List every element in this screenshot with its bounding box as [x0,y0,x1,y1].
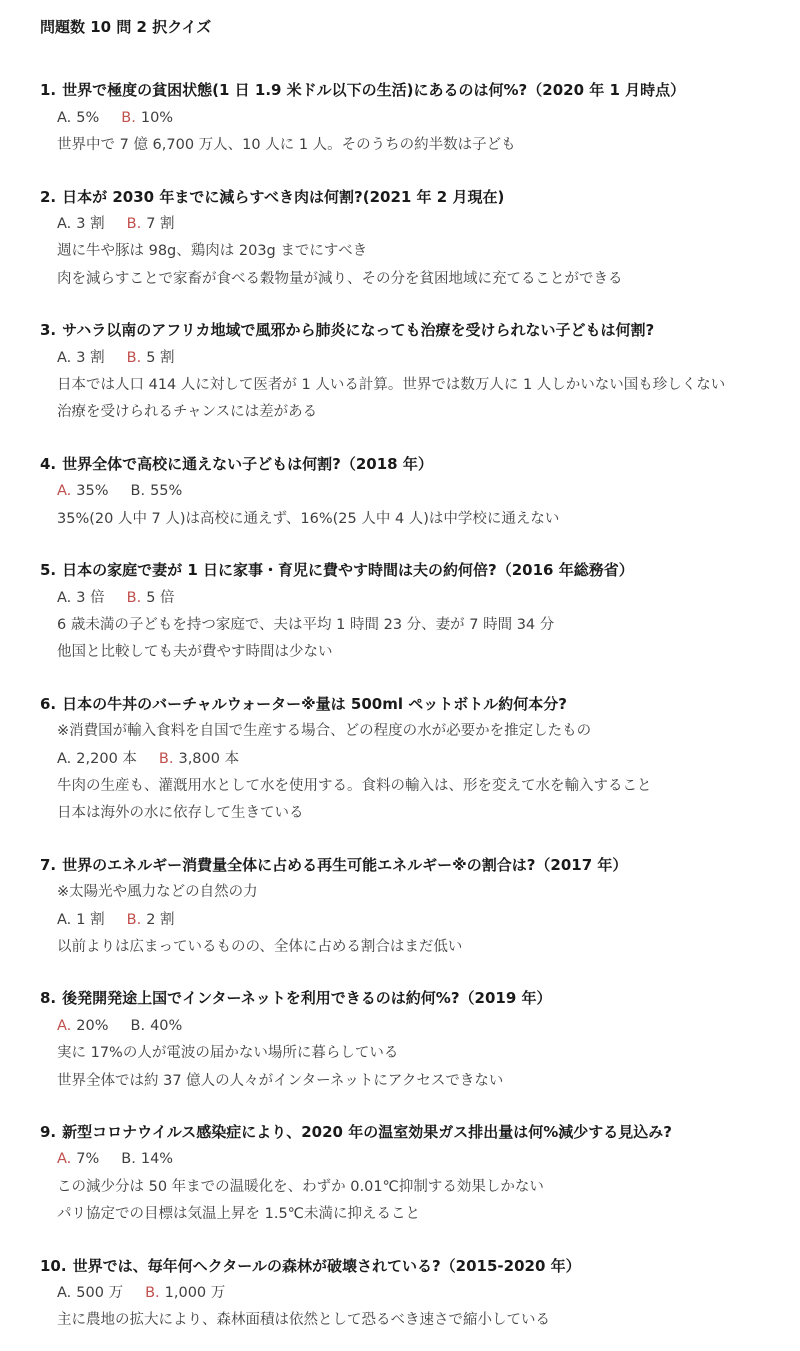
option-b: B.5 割 [127,350,175,366]
option-label: A. [57,216,71,232]
explanation-line: 世界中で 7 億 6,700 万人、10 人に 1 人。そのうちの約半数は子ども [40,132,762,159]
option-a: A.20% [57,1018,109,1034]
options-line: A.20%B.40% [40,1013,762,1040]
question-heading: 1.世界で極度の貧困状態(1 日 1.9 米ドル以下の生活)にあるのは何%?（2… [40,77,762,104]
option-text: 3,800 本 [178,751,239,767]
option-text: 7 割 [146,216,174,232]
option-text: 1 割 [76,912,104,928]
option-label: B. [131,1018,146,1034]
question-number: 2. [40,184,56,211]
question-block: 3.サハラ以南のアフリカ地域で風邪から肺炎になっても治療を受けられない子どもは何… [40,317,762,427]
option-a: A.500 万 [57,1285,123,1301]
option-text: 20% [76,1018,108,1034]
question-number: 3. [40,317,56,344]
question-block: 10.世界では、毎年何ヘクタールの森林が破壊されている?（2015-2020 年… [40,1253,762,1335]
question-heading: 4.世界全体で高校に通えない子どもは何割?（2018 年） [40,451,762,478]
explanation-line: 牛肉の生産も、灌漑用水として水を使用する。食料の輸入は、形を変えて水を輸入するこ… [40,773,762,800]
explanation-line: 日本は海外の水に依存して生きている [40,800,762,827]
option-text: 55% [150,483,182,499]
explanation-line: 35%(20 人中 7 人)は高校に通えず、16%(25 人中 4 人)は中学校… [40,506,762,533]
option-text: 40% [150,1018,182,1034]
option-label: A. [57,110,71,126]
question-text: 世界全体で高校に通えない子どもは何割?（2018 年） [62,455,433,473]
explanation-line: 治療を受けられるチャンスには差がある [40,399,762,426]
option-b: B.7 割 [127,216,175,232]
option-text: 3 倍 [76,590,104,606]
explanation-line: 週に牛や豚は 98g、鶏肉は 203g までにすべき [40,238,762,265]
question-text: サハラ以南のアフリカ地域で風邪から肺炎になっても治療を受けられない子どもは何割? [62,321,654,339]
option-text: 10% [141,110,173,126]
question-block: 4.世界全体で高校に通えない子どもは何割?（2018 年）A.35%B.55%3… [40,451,762,533]
option-a: A.3 割 [57,350,105,366]
question-heading: 8.後発開発途上国でインターネットを利用できるのは約何%?（2019 年） [40,985,762,1012]
option-a: A.2,200 本 [57,751,137,767]
question-heading: 5.日本の家庭で妻が 1 日に家事・育児に費やす時間は夫の約何倍?（2016 年… [40,557,762,584]
option-b: B.1,000 万 [145,1285,225,1301]
correct-answer-label: B. [127,216,142,232]
question-number: 6. [40,691,56,718]
option-text: 5 倍 [146,590,174,606]
question-number: 5. [40,557,56,584]
correct-answer-label: A. [57,483,71,499]
option-a: A.3 倍 [57,590,105,606]
correct-answer-label: B. [127,590,142,606]
explanation-line: 他国と比較しても夫が費やす時間は少ない [40,639,762,666]
question-text: 後発開発途上国でインターネットを利用できるのは約何%?（2019 年） [62,989,551,1007]
question-heading: 6.日本の牛丼のバーチャルウォーター※量は 500ml ペットボトル約何本分? [40,691,762,718]
option-text: 5 割 [146,350,174,366]
options-line: A.5%B.10% [40,105,762,132]
options-line: A.3 割B.5 割 [40,345,762,372]
question-number: 10. [40,1253,67,1280]
option-a: A.3 割 [57,216,105,232]
options-line: A.500 万B.1,000 万 [40,1280,762,1307]
question-note: ※消費国が輸入食料を自国で生産する場合、どの程度の水が必要かを推定したもの [40,718,762,745]
question-heading: 10.世界では、毎年何ヘクタールの森林が破壊されている?（2015-2020 年… [40,1253,762,1280]
question-block: 1.世界で極度の貧困状態(1 日 1.9 米ドル以下の生活)にあるのは何%?（2… [40,77,762,159]
option-label: B. [121,1151,136,1167]
question-block: 6.日本の牛丼のバーチャルウォーター※量は 500ml ペットボトル約何本分?※… [40,691,762,828]
options-line: A.1 割B.2 割 [40,907,762,934]
question-block: 9.新型コロナウイルス感染症により、2020 年の温室効果ガス排出量は何%減少す… [40,1119,762,1229]
correct-answer-label: B. [127,912,142,928]
question-block: 5.日本の家庭で妻が 1 日に家事・育児に費やす時間は夫の約何倍?（2016 年… [40,557,762,667]
question-number: 1. [40,77,56,104]
question-number: 9. [40,1119,56,1146]
correct-answer-label: B. [127,350,142,366]
question-note: ※太陽光や風力などの自然の力 [40,879,762,906]
correct-answer-label: B. [159,751,174,767]
option-b: B.2 割 [127,912,175,928]
question-text: 世界のエネルギー消費量全体に占める再生可能エネルギー※の割合は?（2017 年） [62,856,627,874]
correct-answer-label: A. [57,1018,71,1034]
option-b: B.3,800 本 [159,751,239,767]
question-block: 7.世界のエネルギー消費量全体に占める再生可能エネルギー※の割合は?（2017 … [40,852,762,962]
question-heading: 3.サハラ以南のアフリカ地域で風邪から肺炎になっても治療を受けられない子どもは何… [40,317,762,344]
option-text: 3 割 [76,216,104,232]
question-text: 世界では、毎年何ヘクタールの森林が破壊されている?（2015-2020 年） [73,1257,581,1275]
option-text: 2 割 [146,912,174,928]
explanation-line: 6 歳未満の子どもを持つ家庭で、夫は平均 1 時間 23 分、妻が 7 時間 3… [40,612,762,639]
option-a: A.35% [57,483,109,499]
option-label: B. [131,483,146,499]
question-list: 1.世界で極度の貧困状態(1 日 1.9 米ドル以下の生活)にあるのは何%?（2… [40,77,762,1334]
correct-answer-label: A. [57,1151,71,1167]
option-a: A.5% [57,110,99,126]
question-number: 8. [40,985,56,1012]
correct-answer-label: B. [121,110,136,126]
explanation-line: 主に農地の拡大により、森林面積は依然として恐るべき速さで縮小している [40,1307,762,1334]
option-label: A. [57,1285,71,1301]
option-label: A. [57,350,71,366]
explanation-line: 世界全体では約 37 億人の人々がインターネットにアクセスできない [40,1068,762,1095]
option-b: B.5 倍 [127,590,175,606]
quiz-document: 問題数 10 問 2 択クイズ 1.世界で極度の貧困状態(1 日 1.9 米ドル… [0,0,800,1351]
option-label: A. [57,590,71,606]
explanation-line: 実に 17%の人が電波の届かない場所に暮らしている [40,1040,762,1067]
option-b: B.10% [121,110,173,126]
options-line: A.35%B.55% [40,478,762,505]
question-text: 新型コロナウイルス感染症により、2020 年の温室効果ガス排出量は何%減少する見… [62,1123,672,1141]
explanation-line: 以前よりは広まっているものの、全体に占める割合はまだ低い [40,934,762,961]
explanation-line: 日本では人口 414 人に対して医者が 1 人いる計算。世界では数万人に 1 人… [40,372,762,399]
question-text: 世界で極度の貧困状態(1 日 1.9 米ドル以下の生活)にあるのは何%?（202… [62,81,685,99]
question-number: 4. [40,451,56,478]
question-text: 日本が 2030 年までに減らすべき肉は何割?(2021 年 2 月現在) [62,188,504,206]
option-label: A. [57,912,71,928]
options-line: A.7%B.14% [40,1146,762,1173]
option-text: 14% [141,1151,173,1167]
options-line: A.2,200 本B.3,800 本 [40,746,762,773]
correct-answer-label: B. [145,1285,160,1301]
option-label: A. [57,751,71,767]
option-a: A.1 割 [57,912,105,928]
question-block: 8.後発開発途上国でインターネットを利用できるのは約何%?（2019 年）A.2… [40,985,762,1095]
question-number: 7. [40,852,56,879]
question-text: 日本の牛丼のバーチャルウォーター※量は 500ml ペットボトル約何本分? [62,695,567,713]
explanation-line: パリ協定での目標は気温上昇を 1.5℃未満に抑えること [40,1201,762,1228]
option-b: B.14% [121,1151,173,1167]
explanation-line: 肉を減らすことで家畜が食べる穀物量が減り、その分を貧困地域に充てることができる [40,266,762,293]
option-text: 35% [76,483,108,499]
option-text: 5% [76,110,99,126]
options-line: A.3 倍B.5 倍 [40,585,762,612]
page-title: 問題数 10 問 2 択クイズ [40,14,762,41]
option-text: 500 万 [76,1285,123,1301]
option-text: 7% [76,1151,99,1167]
option-b: B.40% [131,1018,183,1034]
question-heading: 2.日本が 2030 年までに減らすべき肉は何割?(2021 年 2 月現在) [40,184,762,211]
explanation-line: この減少分は 50 年までの温暖化を、わずか 0.01℃抑制する効果しかない [40,1174,762,1201]
option-b: B.55% [131,483,183,499]
option-text: 3 割 [76,350,104,366]
question-block: 2.日本が 2030 年までに減らすべき肉は何割?(2021 年 2 月現在)A… [40,184,762,294]
option-text: 2,200 本 [76,751,137,767]
option-a: A.7% [57,1151,99,1167]
question-heading: 7.世界のエネルギー消費量全体に占める再生可能エネルギー※の割合は?（2017 … [40,852,762,879]
question-text: 日本の家庭で妻が 1 日に家事・育児に費やす時間は夫の約何倍?（2016 年総務… [62,561,634,579]
option-text: 1,000 万 [165,1285,226,1301]
options-line: A.3 割B.7 割 [40,211,762,238]
question-heading: 9.新型コロナウイルス感染症により、2020 年の温室効果ガス排出量は何%減少す… [40,1119,762,1146]
